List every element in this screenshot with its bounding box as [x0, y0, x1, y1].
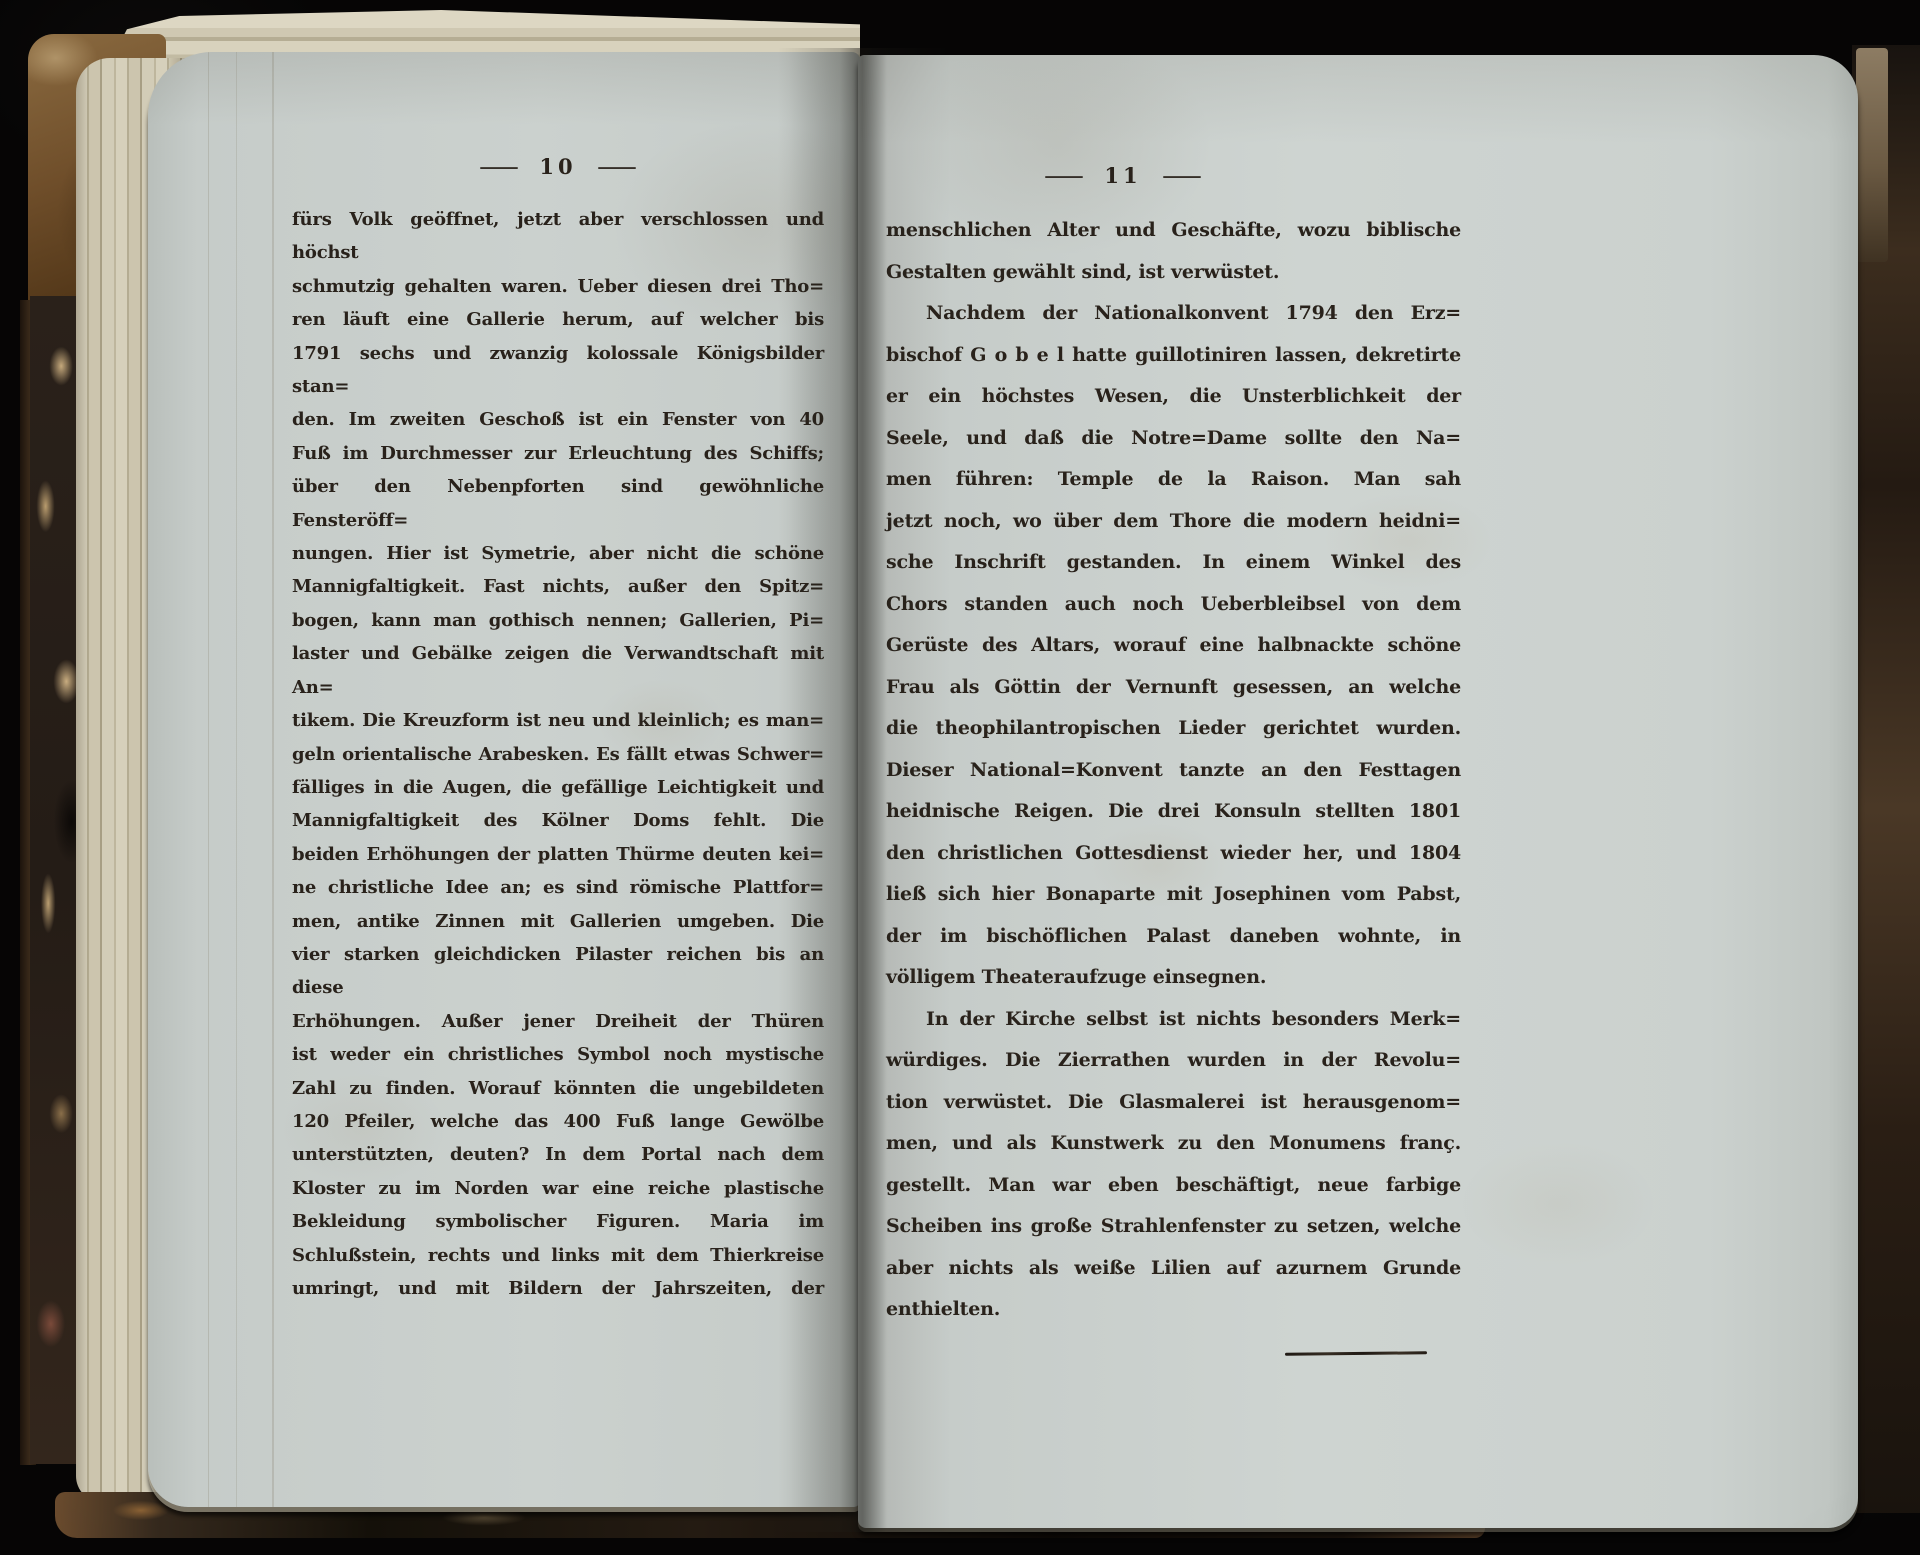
text-line: er ein höchstes Wesen, die Unsterblichke… [886, 376, 1461, 418]
text-line: völligem Theateraufzuge einsegnen. [886, 957, 1461, 999]
text-line: Zahl zu finden. Worauf könnten die ungeb… [292, 1072, 824, 1105]
text-line: ne christliche Idee an; es sind römische… [292, 871, 824, 904]
text-line: In der Kirche selbst ist nichts besonder… [886, 999, 1461, 1041]
text-line: Seele, und daß die Notre=Dame sollte den… [886, 418, 1461, 460]
text-line: Kloster zu im Norden war eine reiche pla… [292, 1172, 824, 1205]
left-page: —10— fürs Volk geöffnet, jetzt aber vers… [148, 52, 860, 1507]
text-line: fälliges in die Augen, die gefällige Lei… [292, 771, 824, 804]
text-line: 1791 sechs und zwanzig kolossale Königsb… [292, 337, 824, 404]
text-line: ren läuft eine Gallerie herum, auf welch… [292, 303, 824, 336]
text-line: tion verwüstet. Die Glasmalerei ist hera… [886, 1082, 1461, 1124]
text-line: bischof G o b e l hatte guillotiniren la… [886, 335, 1461, 377]
text-line: sche Inschrift gestanden. In einem Winke… [886, 542, 1461, 584]
text-line: schmutzig gehalten waren. Ueber diesen d… [292, 270, 824, 303]
header-dash: — [478, 157, 520, 176]
text-line: ist weder ein christliches Symbol noch m… [292, 1038, 824, 1071]
text-line: Gerüste des Altars, worauf eine halbnack… [886, 625, 1461, 667]
text-line: bogen, kann man gothisch nennen; Galleri… [292, 604, 824, 637]
text-line: Bekleidung symbolischer Figuren. Maria i… [292, 1205, 824, 1238]
text-line: ließ sich hier Bonaparte mit Josephinen … [886, 874, 1461, 916]
right-cover-flap [1856, 48, 1888, 262]
right-page-header: —11— [858, 163, 1388, 188]
text-line: vier starken gleichdicken Pilaster reich… [292, 938, 824, 1005]
text-line: der im bischöflichen Palast daneben wohn… [886, 916, 1461, 958]
text-line: laster und Gebälke zeigen die Verwandtsc… [292, 637, 824, 704]
text-line: Scheiben ins große Strahlenfenster zu se… [886, 1206, 1461, 1248]
text-line: Erhöhungen. Außer jener Dreiheit der Thü… [292, 1005, 824, 1038]
text-line: Schlußstein, rechts und links mit dem Th… [292, 1239, 824, 1272]
text-line: Gestalten gewählt sind, ist verwüstet. [886, 252, 1461, 294]
header-dash: — [1161, 166, 1203, 185]
text-line: Dieser National=Konvent tanzte an den Fe… [886, 750, 1461, 792]
right-page: —11— menschlichen Alter und Geschäfte, w… [858, 55, 1858, 1528]
left-page-number: 10 [539, 154, 576, 179]
text-line: würdiges. Die Zierrathen wurden in der R… [886, 1040, 1461, 1082]
left-page-text: fürs Volk geöffnet, jetzt aber verschlos… [292, 203, 824, 1305]
text-line: Chors standen auch noch Ueberbleibsel vo… [886, 584, 1461, 626]
text-line: die theophilantropischen Lieder gerichte… [886, 708, 1461, 750]
text-line: men führen: Temple de la Raison. Man sah [886, 459, 1461, 501]
header-dash: — [596, 157, 638, 176]
text-line: tikem. Die Kreuzform ist neu und kleinli… [292, 704, 824, 737]
text-line: aber nichts als weiße Lilien auf azurnem… [886, 1248, 1461, 1290]
text-line: enthielten. [886, 1289, 1461, 1331]
left-page-header: —10— [292, 154, 824, 179]
text-line: geln orientalische Arabesken. Es fällt e… [292, 738, 824, 771]
text-line: gestellt. Man war eben beschäftigt, neue… [886, 1165, 1461, 1207]
right-page-text: menschlichen Alter und Geschäfte, wozu b… [886, 210, 1461, 1331]
text-line: 120 Pfeiler, welche das 400 Fuß lange Ge… [292, 1105, 824, 1138]
book-photo: —10— fürs Volk geöffnet, jetzt aber vers… [0, 0, 1920, 1555]
text-line: Mannigfaltigkeit. Fast nichts, außer den… [292, 570, 824, 603]
text-line: nungen. Hier ist Symetrie, aber nicht di… [292, 537, 824, 570]
text-line: men, und als Kunstwerk zu den Monumens f… [886, 1123, 1461, 1165]
text-line: Mannigfaltigkeit des Kölner Doms fehlt. … [292, 804, 824, 837]
right-cover [1852, 45, 1920, 1513]
text-line: den. Im zweiten Geschoß ist ein Fenster … [292, 403, 824, 436]
text-line: beiden Erhöhungen der platten Thürme deu… [292, 838, 824, 871]
text-line: heidnische Reigen. Die drei Konsuln stel… [886, 791, 1461, 833]
text-line: fürs Volk geöffnet, jetzt aber verschlos… [292, 203, 824, 270]
text-line: jetzt noch, wo über dem Thore die modern… [886, 501, 1461, 543]
text-line: über den Nebenpforten sind gewöhnliche F… [292, 470, 824, 537]
text-line: umringt, und mit Bildern der Jahrszeiten… [292, 1272, 824, 1305]
right-page-number: 11 [1104, 163, 1141, 188]
marbled-board [30, 296, 82, 1464]
text-line: Nachdem der Nationalkonvent 1794 den Erz… [886, 293, 1461, 335]
text-line: unterstützten, deuten? In dem Portal nac… [292, 1138, 824, 1171]
text-line: Frau als Göttin der Vernunft gesessen, a… [886, 667, 1461, 709]
text-line: men, antike Zinnen mit Gallerien umgeben… [292, 905, 824, 938]
text-line: Fuß im Durchmesser zur Erleuchtung des S… [292, 437, 824, 470]
header-dash: — [1043, 166, 1085, 185]
text-line: menschlichen Alter und Geschäfte, wozu b… [886, 210, 1461, 252]
section-end-rule [1285, 1351, 1427, 1355]
text-line: den christlichen Gottesdienst wieder her… [886, 833, 1461, 875]
